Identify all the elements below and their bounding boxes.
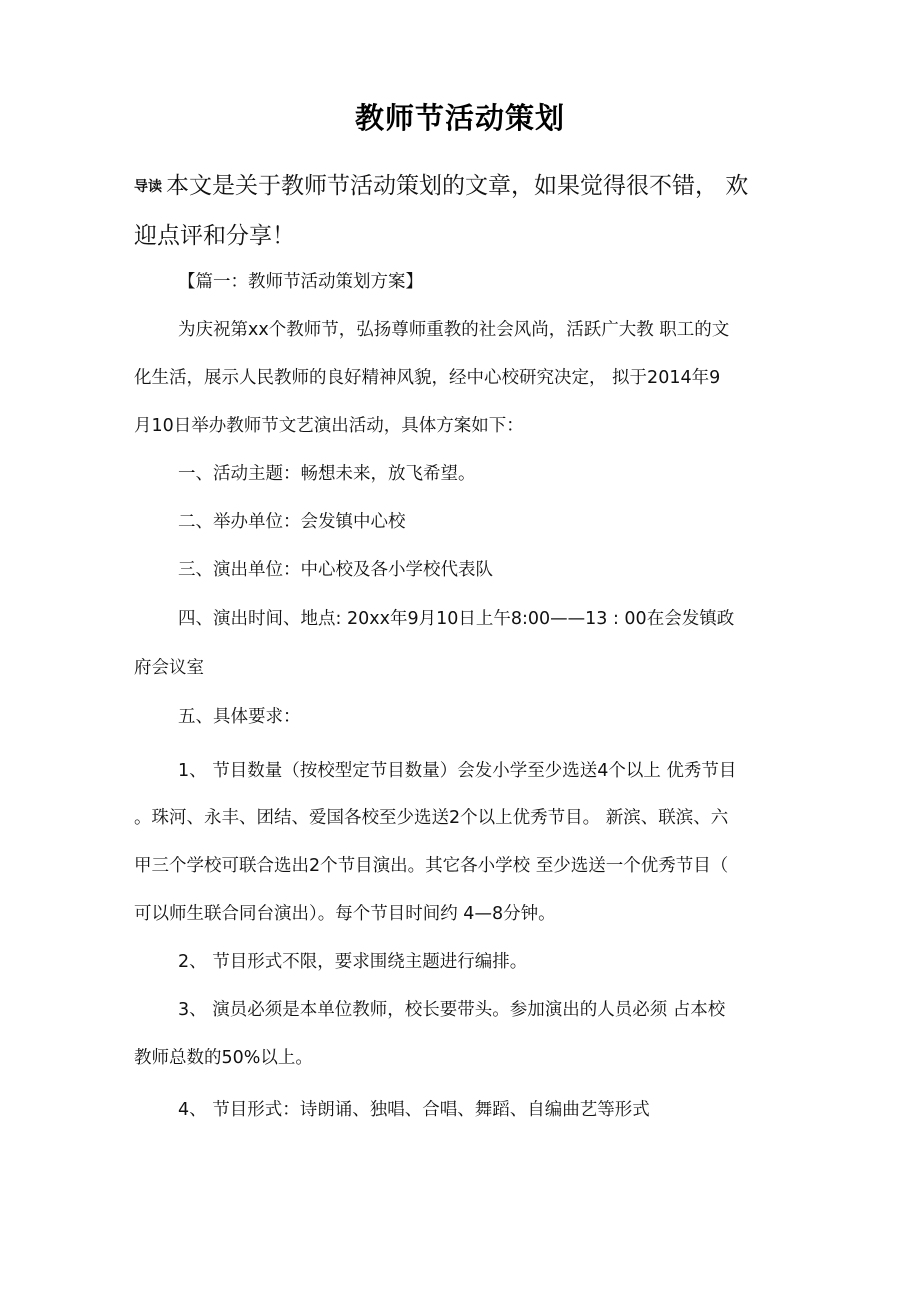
requirement-1-line-1: 1、 节目数量（按校型定节目数量）会发小学至少选送4个以上 优秀节目 bbox=[178, 759, 736, 783]
requirement-1-line-2: 。珠河、永丰、团结、爱国各校至少选送2个以上优秀节目。 新滨、联滨、六 bbox=[134, 806, 728, 830]
requirement-1-line-4: 可以师生联合同台演出）。每个节目时间约 4—8分钟。 bbox=[134, 902, 556, 926]
intro-line-2: 迎点评和分享！ bbox=[134, 217, 806, 250]
opening-line-3: 月10日举办教师节文艺演出活动，具体方案如下： bbox=[134, 414, 524, 438]
item-performers: 三、演出单位：中心校及各小学校代表队 bbox=[178, 558, 493, 582]
requirements-heading: 五、具体要求： bbox=[178, 705, 301, 729]
intro-text-1: 本文是关于教师节活动策划的文章，如果觉得很不错， 欢 bbox=[166, 173, 748, 199]
requirement-3-line-1: 3、 演员必须是本单位教师，校长要带头。参加演出的人员必须 占本校 bbox=[178, 998, 725, 1022]
opening-line-2: 化生活，展示人民教师的良好精神风貌，经中心校研究决定， 拟于2014年9 bbox=[134, 366, 720, 390]
section-heading: 【篇一：教师节活动策划方案】 bbox=[178, 270, 423, 294]
item-time-place-2: 府会议室 bbox=[134, 656, 204, 680]
requirement-3-line-2: 教师总数的50%以上。 bbox=[134, 1046, 313, 1070]
document-page: 教师节活动策划 导读本文是关于教师节活动策划的文章，如果觉得很不错， 欢 迎点评… bbox=[0, 0, 920, 1302]
item-theme: 一、活动主题：畅想未来，放飞希望。 bbox=[178, 462, 476, 486]
intro-line-1: 导读本文是关于教师节活动策划的文章，如果觉得很不错， 欢 bbox=[134, 167, 806, 200]
item-host: 二、举办单位：会发镇中心校 bbox=[178, 510, 406, 534]
document-title: 教师节活动策划 bbox=[0, 96, 920, 137]
intro-label: 导读 bbox=[134, 179, 162, 195]
requirement-4: 4、 节目形式：诗朗诵、独唱、合唱、舞蹈、自编曲艺等形式 bbox=[178, 1098, 650, 1122]
opening-line-1: 为庆祝第xx个教师节，弘扬尊师重教的社会风尚，活跃广大教 职工的文 bbox=[178, 318, 729, 342]
item-time-place-1: 四、演出时间、地点: 20xx年9月10日上午8:00——13 : 00在会发镇… bbox=[178, 607, 734, 631]
requirement-1-line-3: 甲三个学校可联合选出2个节目演出。其它各小学校 至少选送一个优秀节目（ bbox=[134, 854, 728, 878]
requirement-2: 2、 节目形式不限，要求围绕主题进行编排。 bbox=[178, 950, 527, 974]
